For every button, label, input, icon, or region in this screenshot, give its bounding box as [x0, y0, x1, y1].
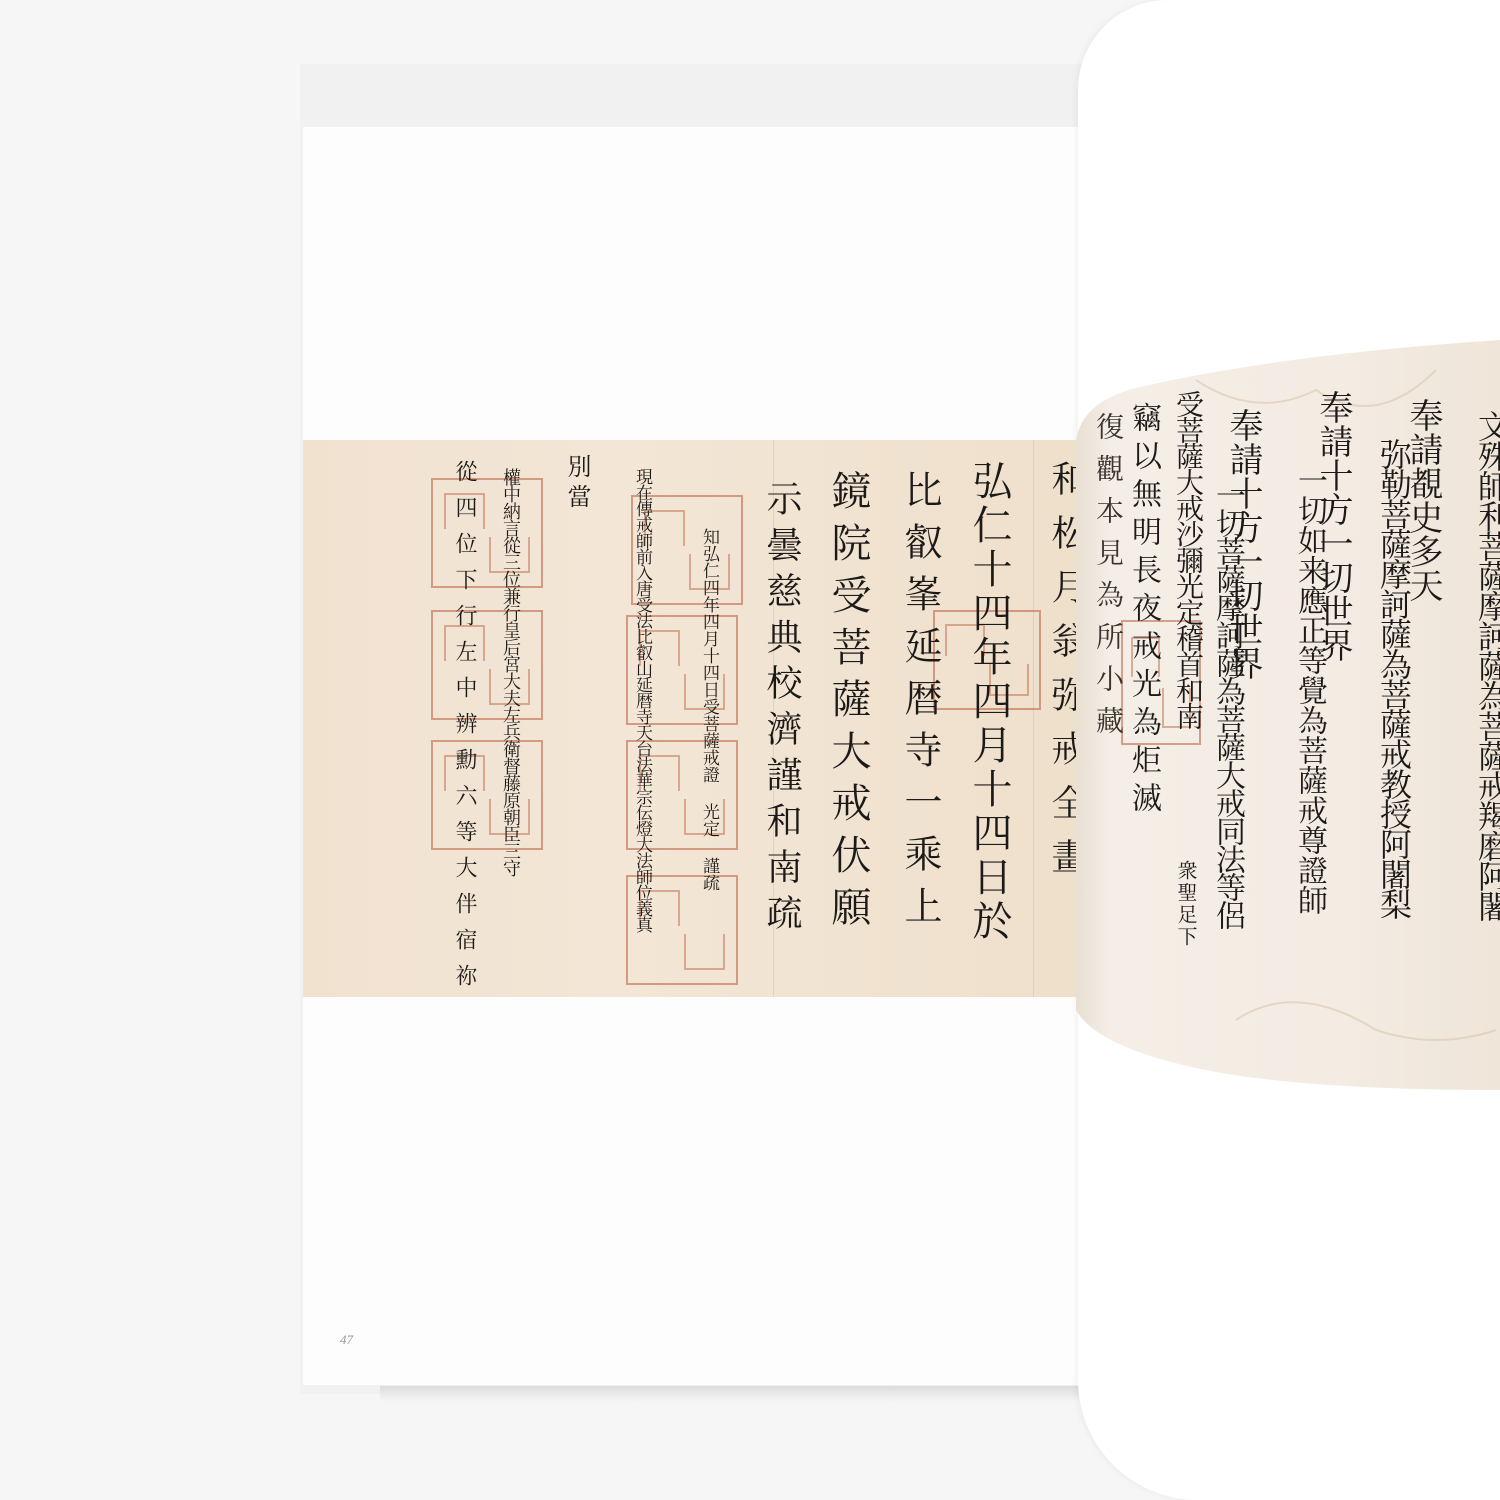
scroll-curled-section: 復觀本見為所小藏 竊以無明長夜戒光為炬滅 受菩薩大戒沙彌光定稽首和南 衆聖足下 … [1076, 330, 1500, 1090]
text-column: 別當 [565, 454, 589, 514]
text-column: 權中納言從三位兼行皇后宮大夫左兵衛督藤原朝臣三守 [501, 468, 519, 876]
text-column: 一切菩薩摩訶薩為菩薩大戒同法等侶 [1212, 480, 1242, 928]
scroll-flat-section: 從四位下行左中辨勳六等大伴宿祢國道 權中納言從三位兼行皇后宮大夫左兵衛督藤原朝臣… [303, 440, 1078, 997]
page-edge-shadow [380, 1386, 1080, 1402]
text-column: 文殊師利菩薩摩訶薩為菩薩戒羯磨阿闍 [1476, 410, 1500, 920]
text-column: 竊以無明長夜戒光為炬滅 [1128, 402, 1158, 820]
red-seal [431, 610, 543, 720]
text-column: 知弘仁四年四月十四日受菩薩戒證 光定 謹疏 [700, 528, 717, 891]
text-column: 鏡院受菩薩大戒伏願 [828, 470, 868, 938]
red-seal [431, 478, 543, 588]
text-column: 衆聖足下 [1176, 860, 1196, 948]
text-column: 弥勒菩薩摩訶薩為菩薩戒教授阿闍梨 [1378, 438, 1410, 918]
text-column: 比叡峯延暦寺一乘上 [901, 470, 939, 938]
text-column: 受菩薩大戒沙彌光定稽首和南 [1174, 390, 1202, 728]
text-column: 一切如来應正等覺為菩薩戒尊證師 [1294, 465, 1324, 915]
text-column: 從四位下行左中辨勳六等大伴宿祢國道 [453, 460, 475, 997]
page-number: 47 [340, 1332, 353, 1348]
text-column: 復觀本見為所小藏 [1094, 412, 1122, 748]
red-seal [431, 740, 543, 850]
paper-seam [1033, 440, 1034, 997]
text-column: 示曇慈典校濟謹和南疏 [763, 480, 799, 940]
text-column: 現在傳戒師前入唐受法比叡山延暦寺天台法華宗伝燈大法師位義真 [633, 468, 650, 932]
text-column: 和松月翁弥戒全畫 [1048, 460, 1078, 892]
text-column: 弘仁十四年四月十四日於 [969, 460, 1009, 944]
